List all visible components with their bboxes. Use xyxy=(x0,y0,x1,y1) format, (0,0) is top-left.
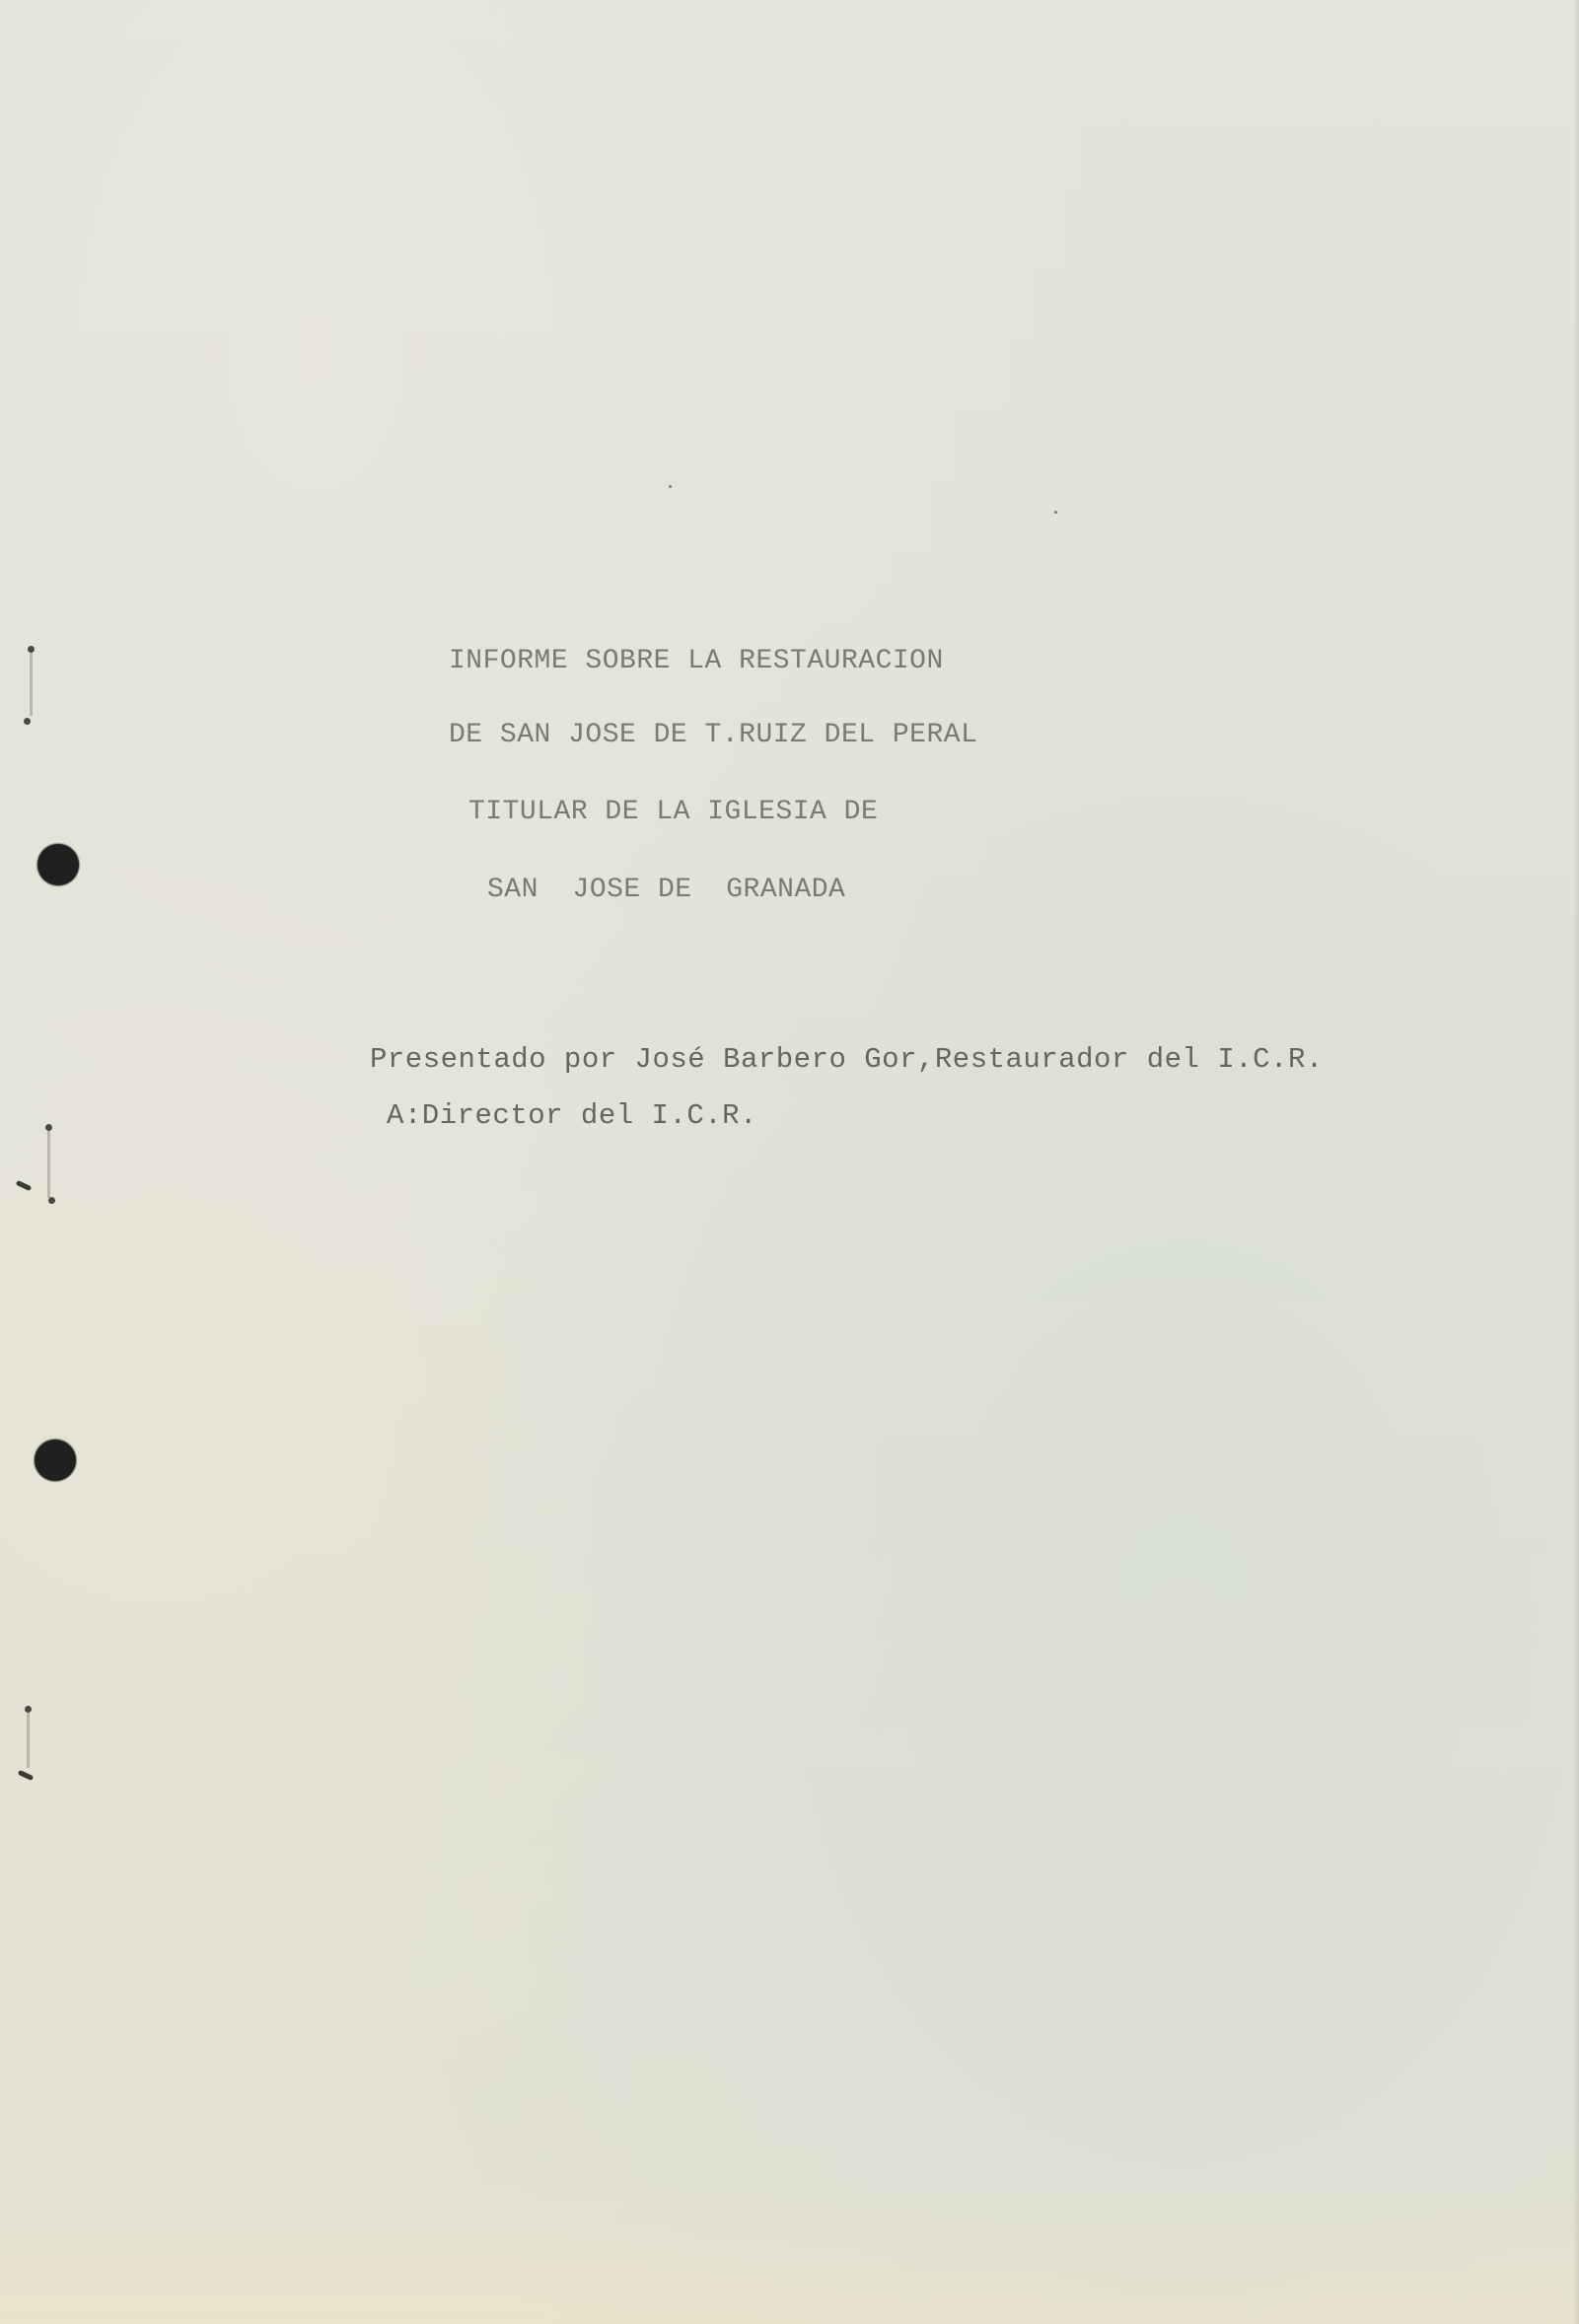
staple-mark-top-1 xyxy=(28,646,35,653)
staple-line-1 xyxy=(30,653,33,716)
punch-hole-bottom xyxy=(35,1440,76,1481)
staple-mark-top-2 xyxy=(45,1124,52,1131)
staple-mark-top-3 xyxy=(25,1706,32,1713)
punch-hole-top xyxy=(37,844,79,885)
paper-edge xyxy=(1573,0,1579,2324)
staple-line-2 xyxy=(47,1131,50,1198)
presented-by-line: Presentado por José Barbero Gor,Restaura… xyxy=(370,1043,1324,1076)
title-line-2: DE SAN JOSE DE T.RUIZ DEL PERAL xyxy=(449,720,977,750)
staple-line-3 xyxy=(27,1713,30,1768)
title-line-3: TITULAR DE LA IGLESIA DE xyxy=(468,797,878,827)
paper-sheet xyxy=(0,0,1579,2324)
title-line-1: INFORME SOBRE LA RESTAURACION xyxy=(449,646,944,676)
addressee-line: A:Director del I.C.R. xyxy=(387,1099,757,1132)
staple-mark-bottom-2 xyxy=(48,1197,55,1204)
title-line-4: SAN JOSE DE GRANADA xyxy=(487,875,845,905)
staple-mark-bottom-1 xyxy=(24,718,31,725)
paper-speck xyxy=(669,485,672,488)
paper-speck xyxy=(1054,511,1057,514)
